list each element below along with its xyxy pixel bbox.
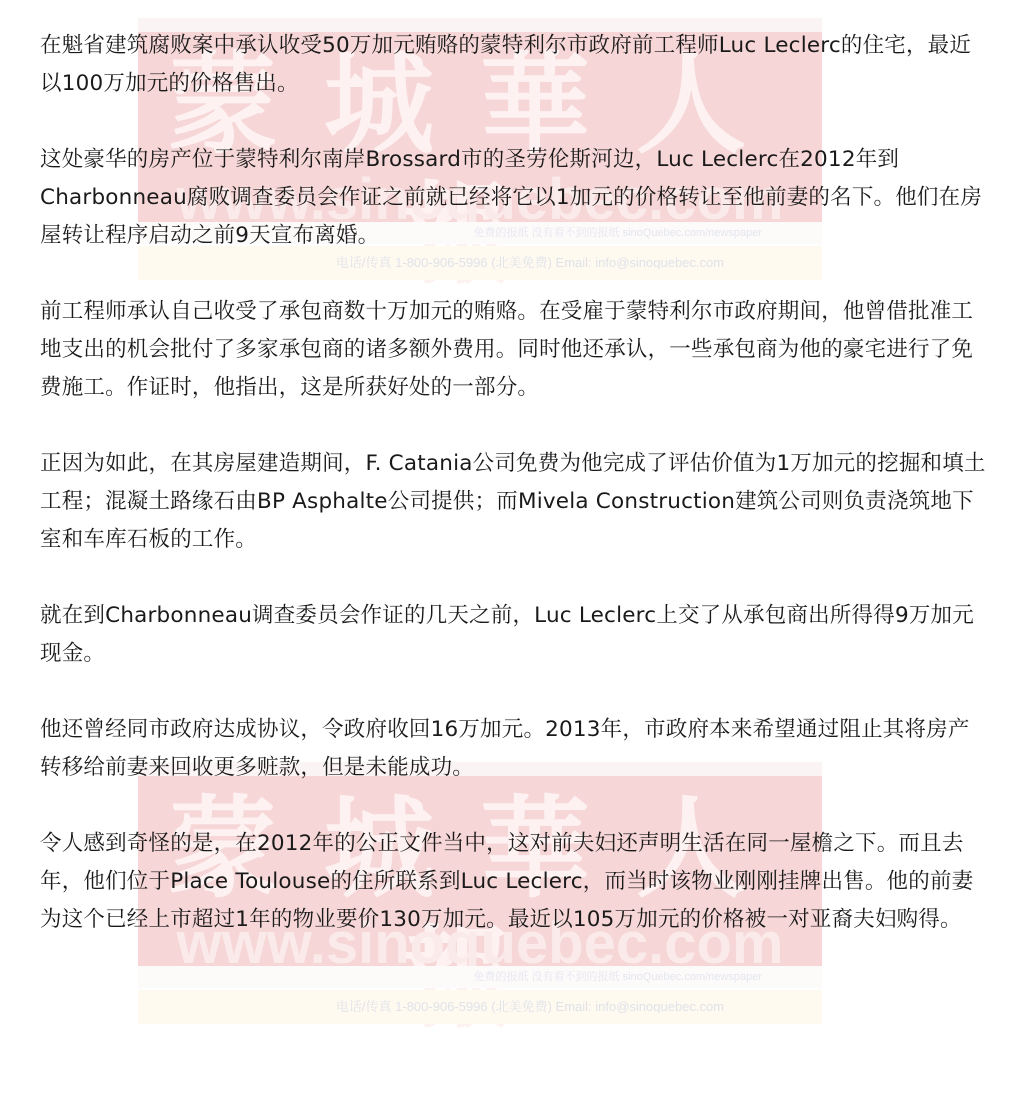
article-paragraph: 令人感到奇怪的是，在2012年的公正文件当中，这对前夫妇还声明生活在同一屋檐之下…	[40, 825, 988, 939]
article-paragraph: 在魁省建筑腐败案中承认收受50万加元贿赂的蒙特利尔市政府前工程师Luc Lecl…	[40, 27, 988, 103]
article-paragraph: 正因为如此，在其房屋建造期间，F. Catania公司免费为他完成了评估价值为1…	[40, 445, 988, 559]
article-paragraph: 就在到Charbonneau调查委员会作证的几天之前，Luc Leclerc上交…	[40, 597, 988, 673]
watermark-slogan: 免费的报纸 没有看不到的报纸 sinoQuebec.com/newspaper	[138, 966, 822, 988]
watermark-contact: 电话/传真 1-800-906-5996 (北美免费) Email: info@…	[138, 990, 822, 1024]
article-paragraph: 这处豪华的房产位于蒙特利尔南岸Brossard市的圣劳伦斯河边，Luc Lecl…	[40, 141, 988, 255]
article-paragraph: 他还曾经同市政府达成协议，令政府收回16万加元。2013年，市政府本来希望通过阻…	[40, 711, 988, 787]
article-body: 在魁省建筑腐败案中承认收受50万加元贿赂的蒙特利尔市政府前工程师Luc Lecl…	[0, 0, 1028, 939]
article-paragraph: 前工程师承认自己收受了承包商数十万加元的贿赂。在受雇于蒙特利尔市政府期间，他曾借…	[40, 293, 988, 407]
